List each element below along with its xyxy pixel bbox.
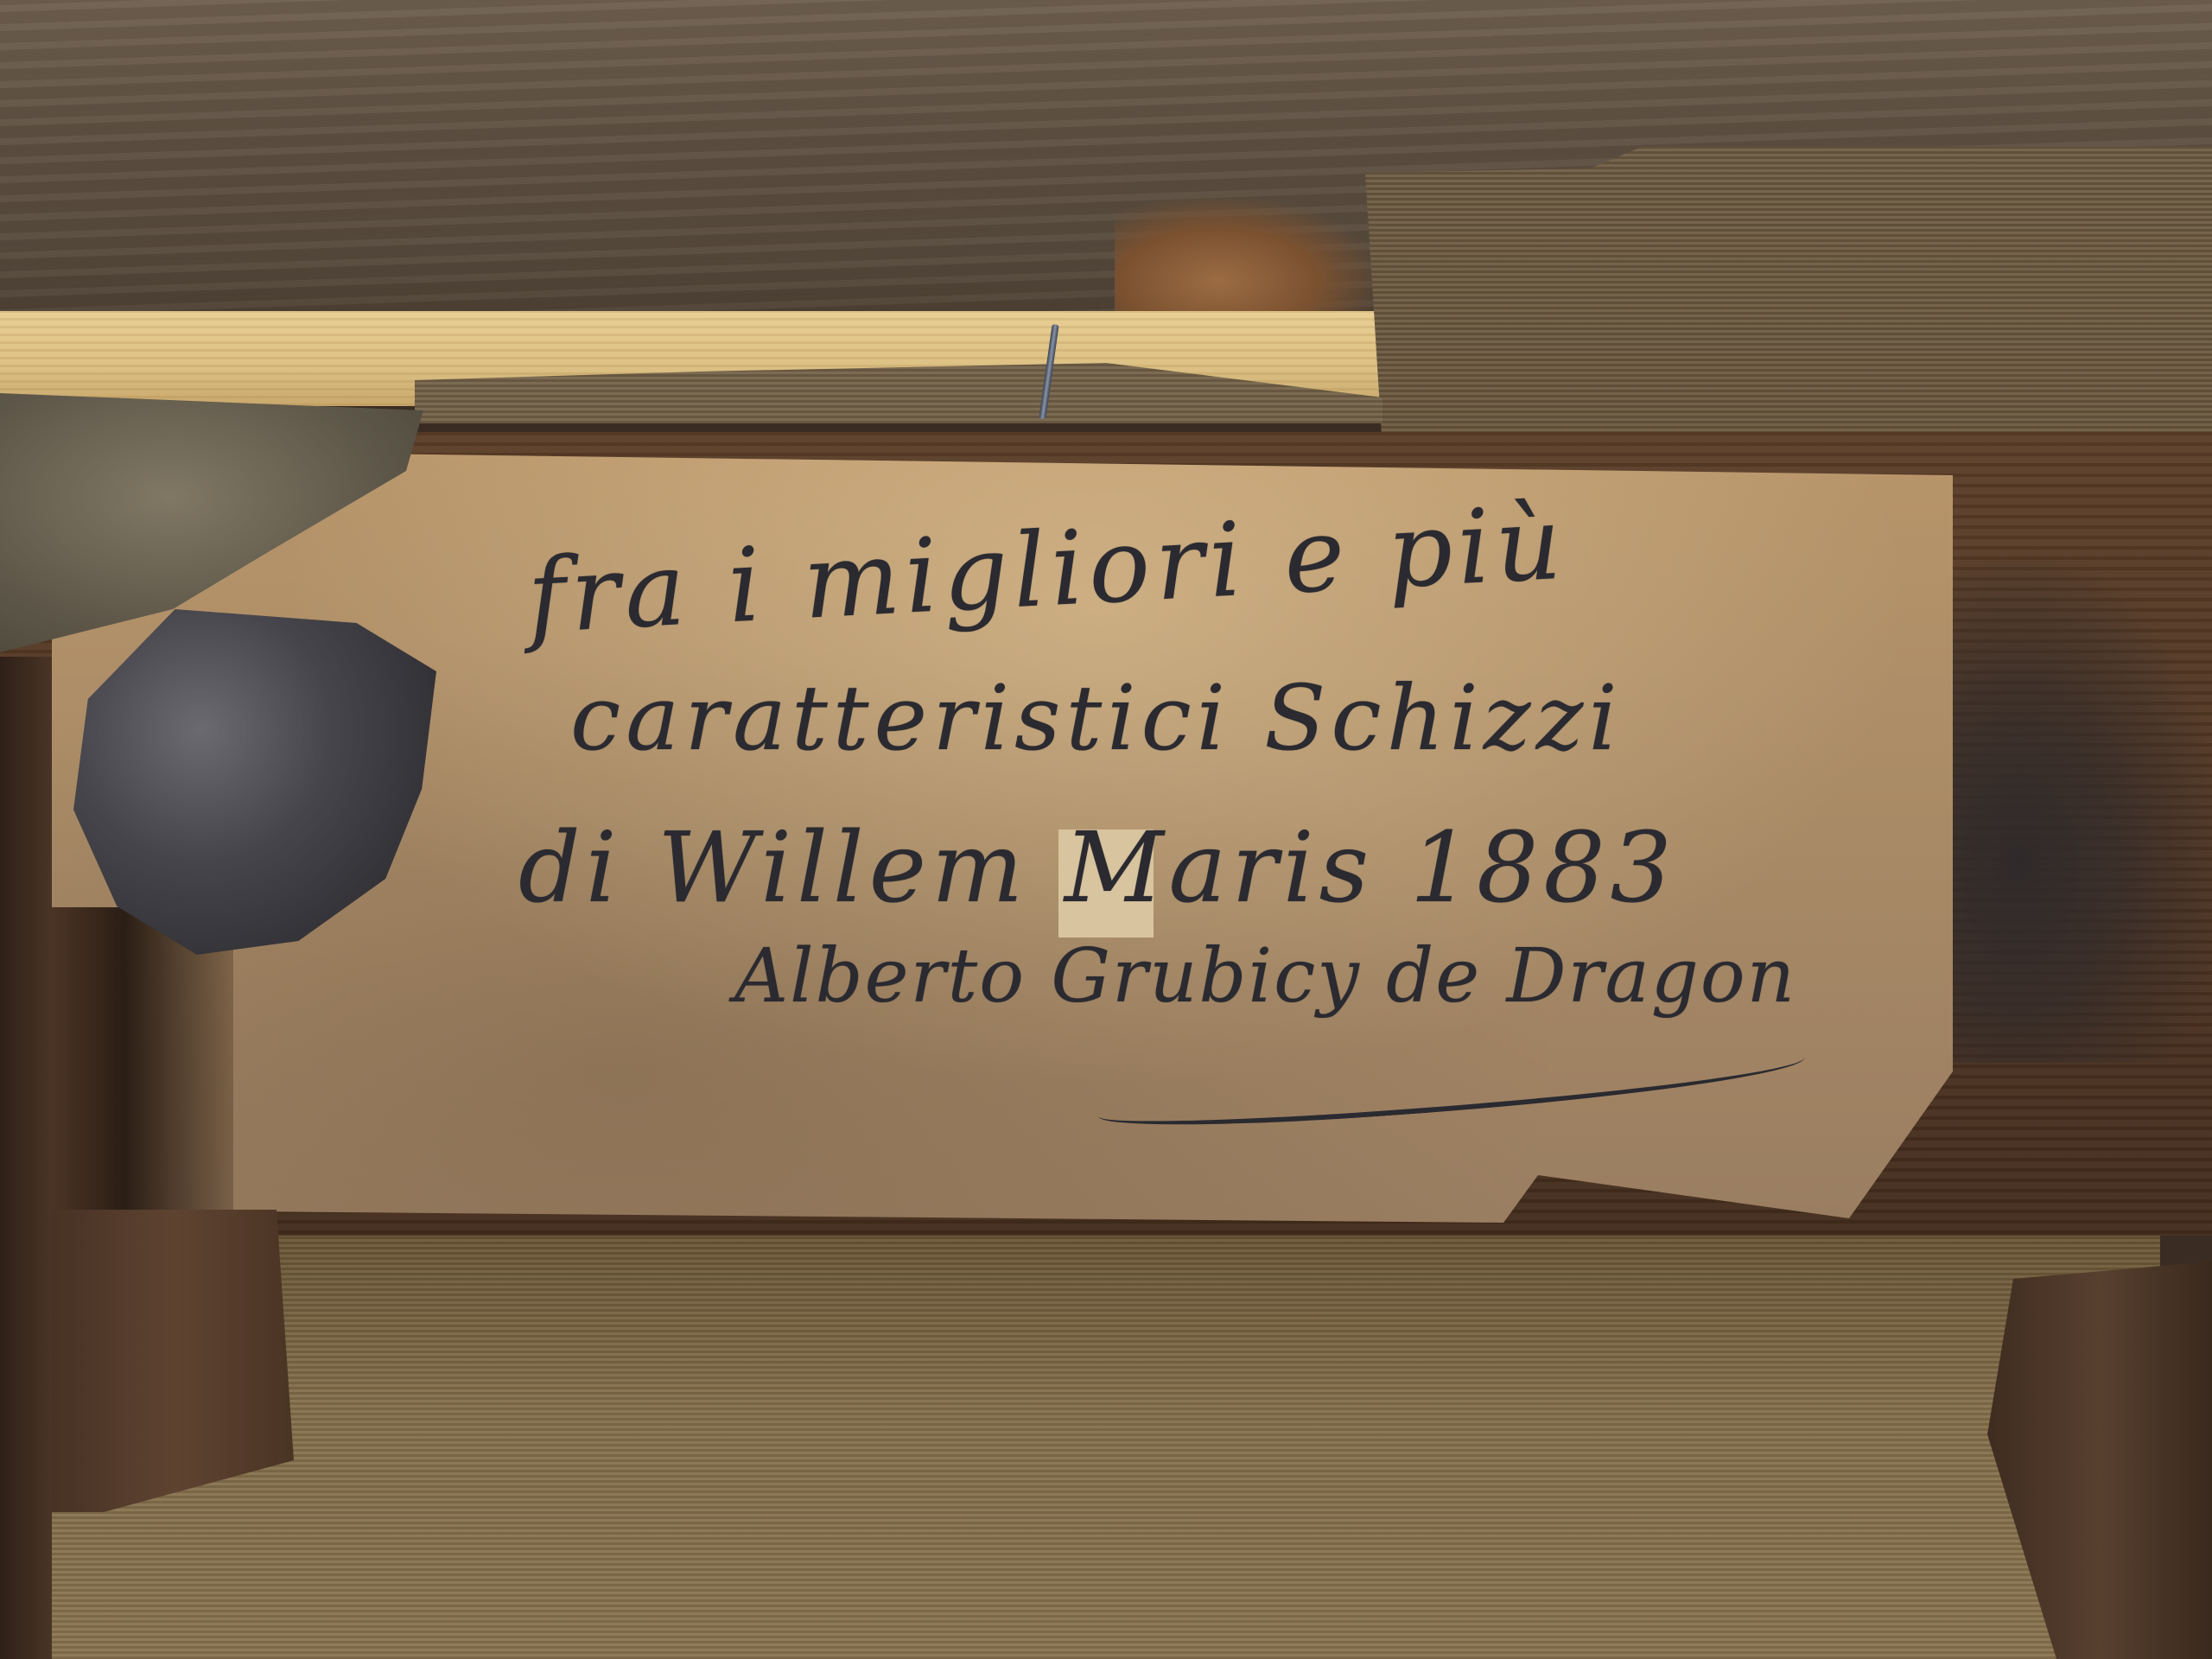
canvas-back <box>52 1236 2160 1659</box>
signature: Alberto Grubicy de Dragon <box>734 933 1796 1020</box>
inscription-line-2: caratteristici Schizzi <box>570 665 1623 771</box>
torn-canvas-flap <box>1365 147 2212 449</box>
inscription-line-3: di Willem Maris 1883 <box>518 812 1677 925</box>
frame-left-edge <box>0 657 52 1659</box>
wood-stain <box>1935 562 2212 1063</box>
